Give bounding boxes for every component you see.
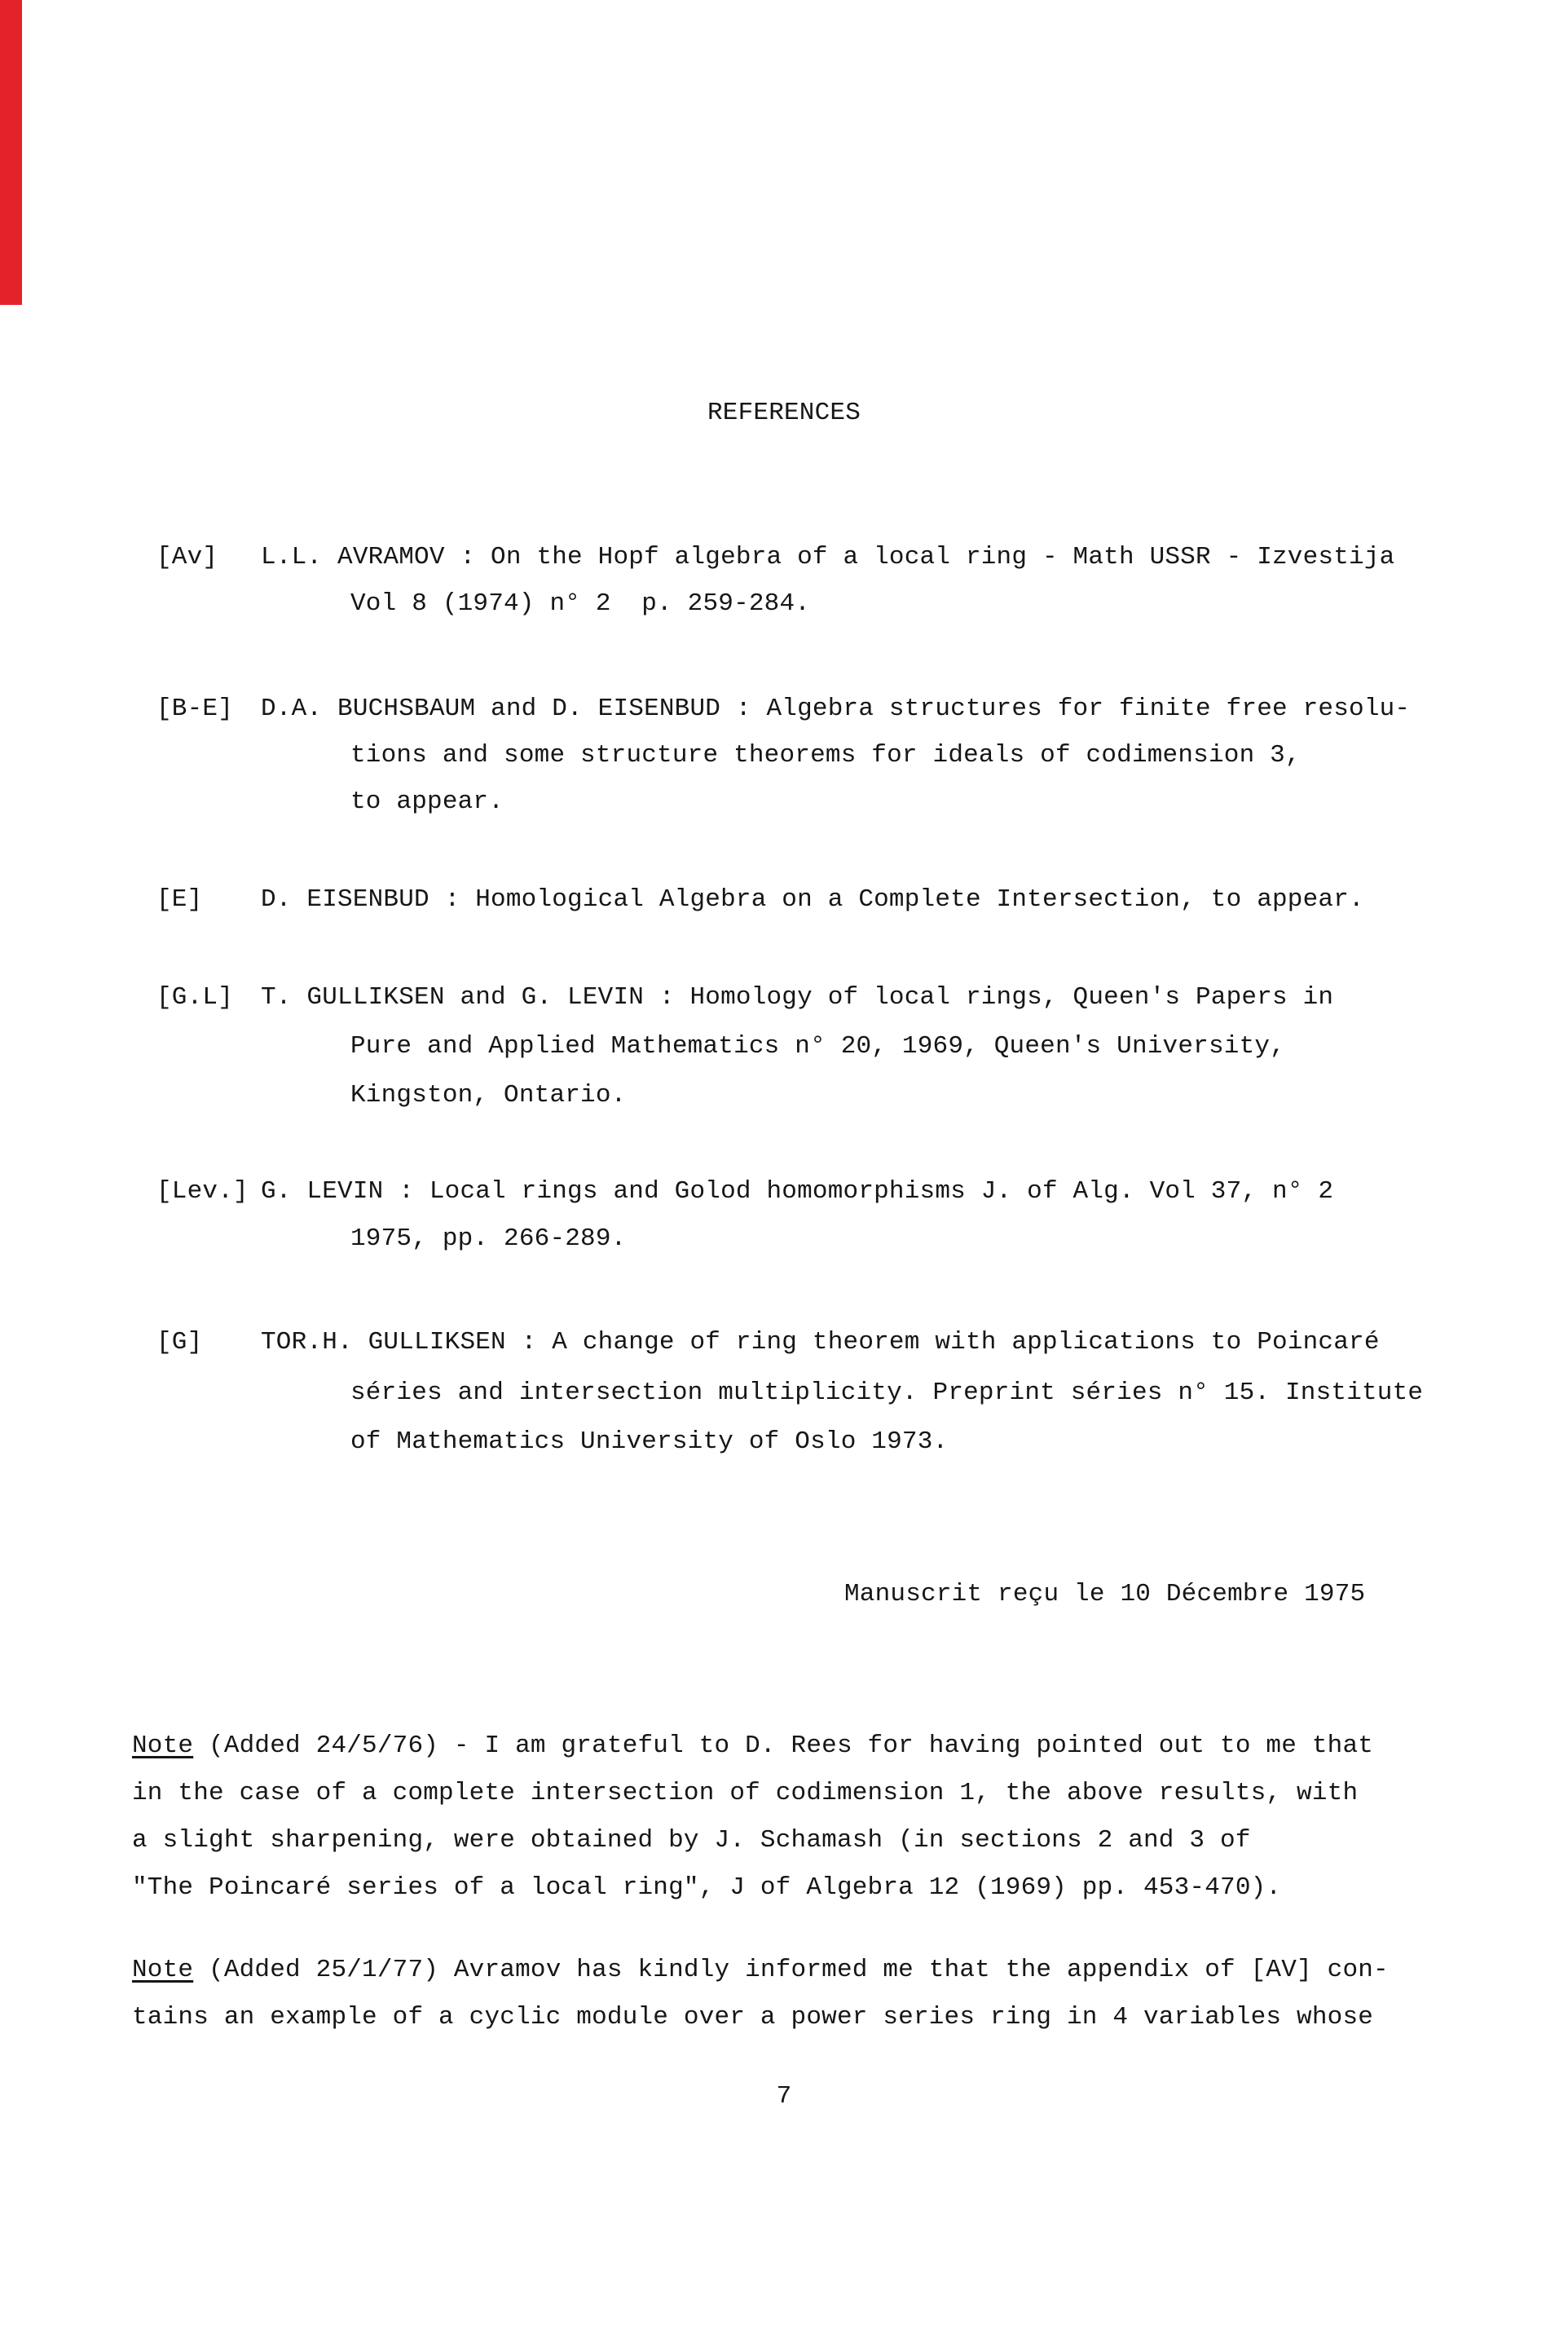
- note-line: in the case of a complete intersection o…: [132, 1780, 1358, 1807]
- ref-line: TOR.H. GULLIKSEN : A change of ring theo…: [261, 1329, 1380, 1357]
- ref-label: [B-E]: [156, 695, 233, 723]
- note-line: a slight sharpening, were obtained by J.…: [132, 1827, 1251, 1855]
- ref-line: of Mathematics University of Oslo 1973.: [350, 1428, 948, 1456]
- ref-line: L.L. AVRAMOV : On the Hopf algebra of a …: [261, 544, 1394, 571]
- document-page: REFERENCES [Av] L.L. AVRAMOV : On the Ho…: [0, 0, 1568, 2325]
- ref-line: D. EISENBUD : Homological Algebra on a C…: [261, 886, 1364, 914]
- ref-line: T. GULLIKSEN and G. LEVIN : Homology of …: [261, 984, 1333, 1012]
- page-title: REFERENCES: [0, 399, 1568, 427]
- note-keyword: Note: [132, 1732, 193, 1760]
- ref-label: [Lev.]: [156, 1178, 249, 1206]
- ref-line: tions and some structure theorems for id…: [350, 742, 1301, 770]
- note-text: (Added 24/5/76) - I am grateful to D. Re…: [193, 1732, 1373, 1760]
- page-number: 7: [0, 2083, 1568, 2111]
- ref-line: Vol 8 (1974) n° 2 p. 259-284.: [350, 590, 810, 618]
- ref-label: [Av]: [156, 544, 218, 571]
- note-line: Note (Added 25/1/77) Avramov has kindly …: [132, 1957, 1389, 1984]
- ref-line: 1975, pp. 266-289.: [350, 1225, 626, 1253]
- ref-line: Kingston, Ontario.: [350, 1082, 626, 1110]
- ref-line: D.A. BUCHSBAUM and D. EISENBUD : Algebra…: [261, 695, 1410, 723]
- manuscript-received-note: Manuscrit reçu le 10 Décembre 1975: [844, 1581, 1365, 1608]
- note-line: "The Poincaré series of a local ring", J…: [132, 1874, 1281, 1902]
- note-line: Note (Added 24/5/76) - I am grateful to …: [132, 1732, 1373, 1760]
- ref-line: G. LEVIN : Local rings and Golod homomor…: [261, 1178, 1333, 1206]
- ref-line: Pure and Applied Mathematics n° 20, 1969…: [350, 1033, 1285, 1061]
- note-text: (Added 25/1/77) Avramov has kindly infor…: [193, 1956, 1389, 1984]
- note-line: tains an example of a cyclic module over…: [132, 2004, 1373, 2032]
- ref-line: to appear.: [350, 788, 504, 816]
- ref-label: [G.L]: [156, 984, 233, 1012]
- note-keyword: Note: [132, 1956, 193, 1984]
- ref-label: [G]: [156, 1329, 202, 1357]
- red-scan-mark: [0, 0, 22, 305]
- ref-label: [E]: [156, 886, 202, 914]
- ref-line: séries and intersection multiplicity. Pr…: [350, 1379, 1423, 1407]
